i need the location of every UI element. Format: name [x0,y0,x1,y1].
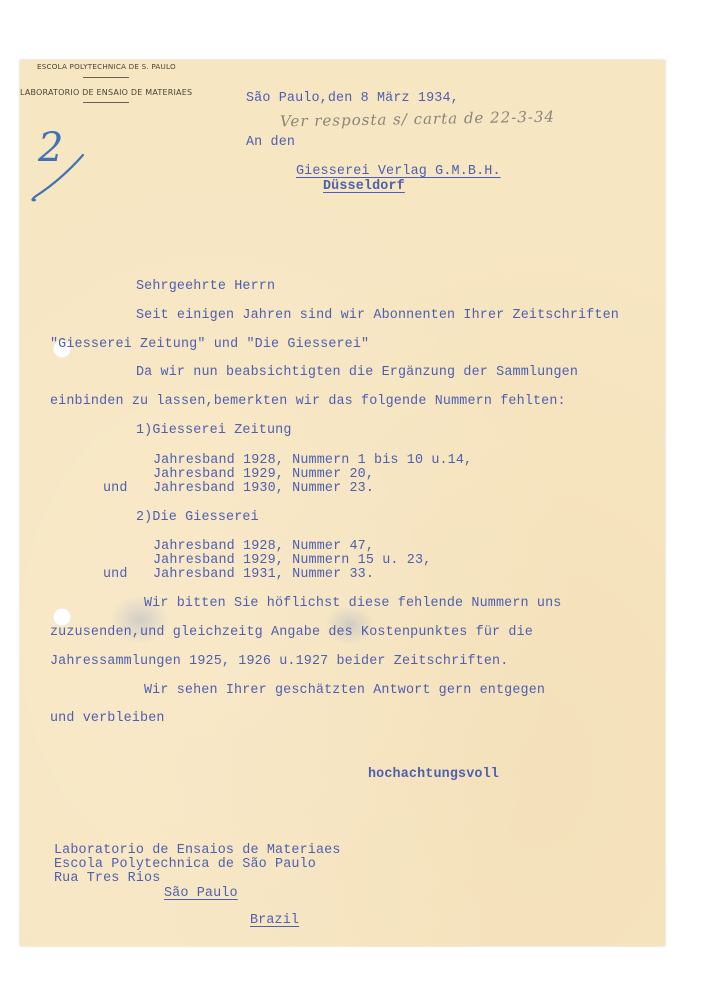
sender-city: São Paulo [164,886,238,901]
letterhead-department: LABORATORIO DE ENSAIO DE MATERIAES [20,88,192,97]
list-item: Jahresband 1930, Nummer 23. [153,481,374,496]
punch-hole [53,608,71,626]
list-item: Jahresband 1931, Nummer 33. [153,567,374,582]
sender-country: Brazil [250,913,299,928]
body-paragraph-line: Da wir nun beabsichtigten die Ergänzung … [136,365,578,380]
letterhead-rule [83,102,129,103]
list-item: Jahresband 1928, Nummer 47, [153,539,374,554]
list-title: 1)Giesserei Zeitung [136,423,292,438]
body-paragraph-line: einbinden zu lassen,bemerkten wir das fo… [50,394,566,409]
sender-line: Laboratorio de Ensaios de Materiaes [54,843,341,858]
list-item: Jahresband 1929, Nummern 15 u. 23, [153,553,431,568]
list-item: Jahresband 1928, Nummern 1 bis 10 u.14, [153,453,472,468]
address-prefix: An den [246,135,295,150]
body-paragraph-line: "Giesserei Zeitung" und "Die Giesserei" [50,337,369,352]
letterhead-rule [83,77,129,78]
greeting: Sehrgeehrte Herrn [136,279,275,294]
recipient-city: Düsseldorf [323,179,405,194]
list-item: Jahresband 1929, Nummer 20, [153,467,374,482]
body-paragraph-line: Jahressammlungen 1925, 1926 u.1927 beide… [50,654,508,669]
date-line: São Paulo,den 8 März 1934, [246,91,459,106]
body-paragraph-line: zuzusenden,und gleichzeitg Angabe des Ko… [50,625,533,640]
sender-line: Escola Polytechnica de São Paulo [54,857,316,872]
handwritten-stroke [28,150,88,205]
closing: hochachtungsvoll [368,767,499,782]
letterhead-institution: ESCOLA POLYTECHNICA DE S. PAULO [37,62,176,71]
list-item-prefix: und [103,481,128,496]
sender-line: Rua Tres Rios [54,871,160,886]
body-paragraph-line: Seit einigen Jahren sind wir Abonnenten … [136,308,619,323]
list-title: 2)Die Giesserei [136,510,259,525]
body-paragraph-line: und verbleiben [50,711,165,726]
body-paragraph-line: Wir sehen Ihrer geschätzten Antwort gern… [144,683,545,698]
recipient-name: Giesserei Verlag G.M.B.H. [296,164,501,179]
body-paragraph-line: Wir bitten Sie höflichst diese fehlende … [144,596,561,611]
list-item-prefix: und [103,567,128,582]
